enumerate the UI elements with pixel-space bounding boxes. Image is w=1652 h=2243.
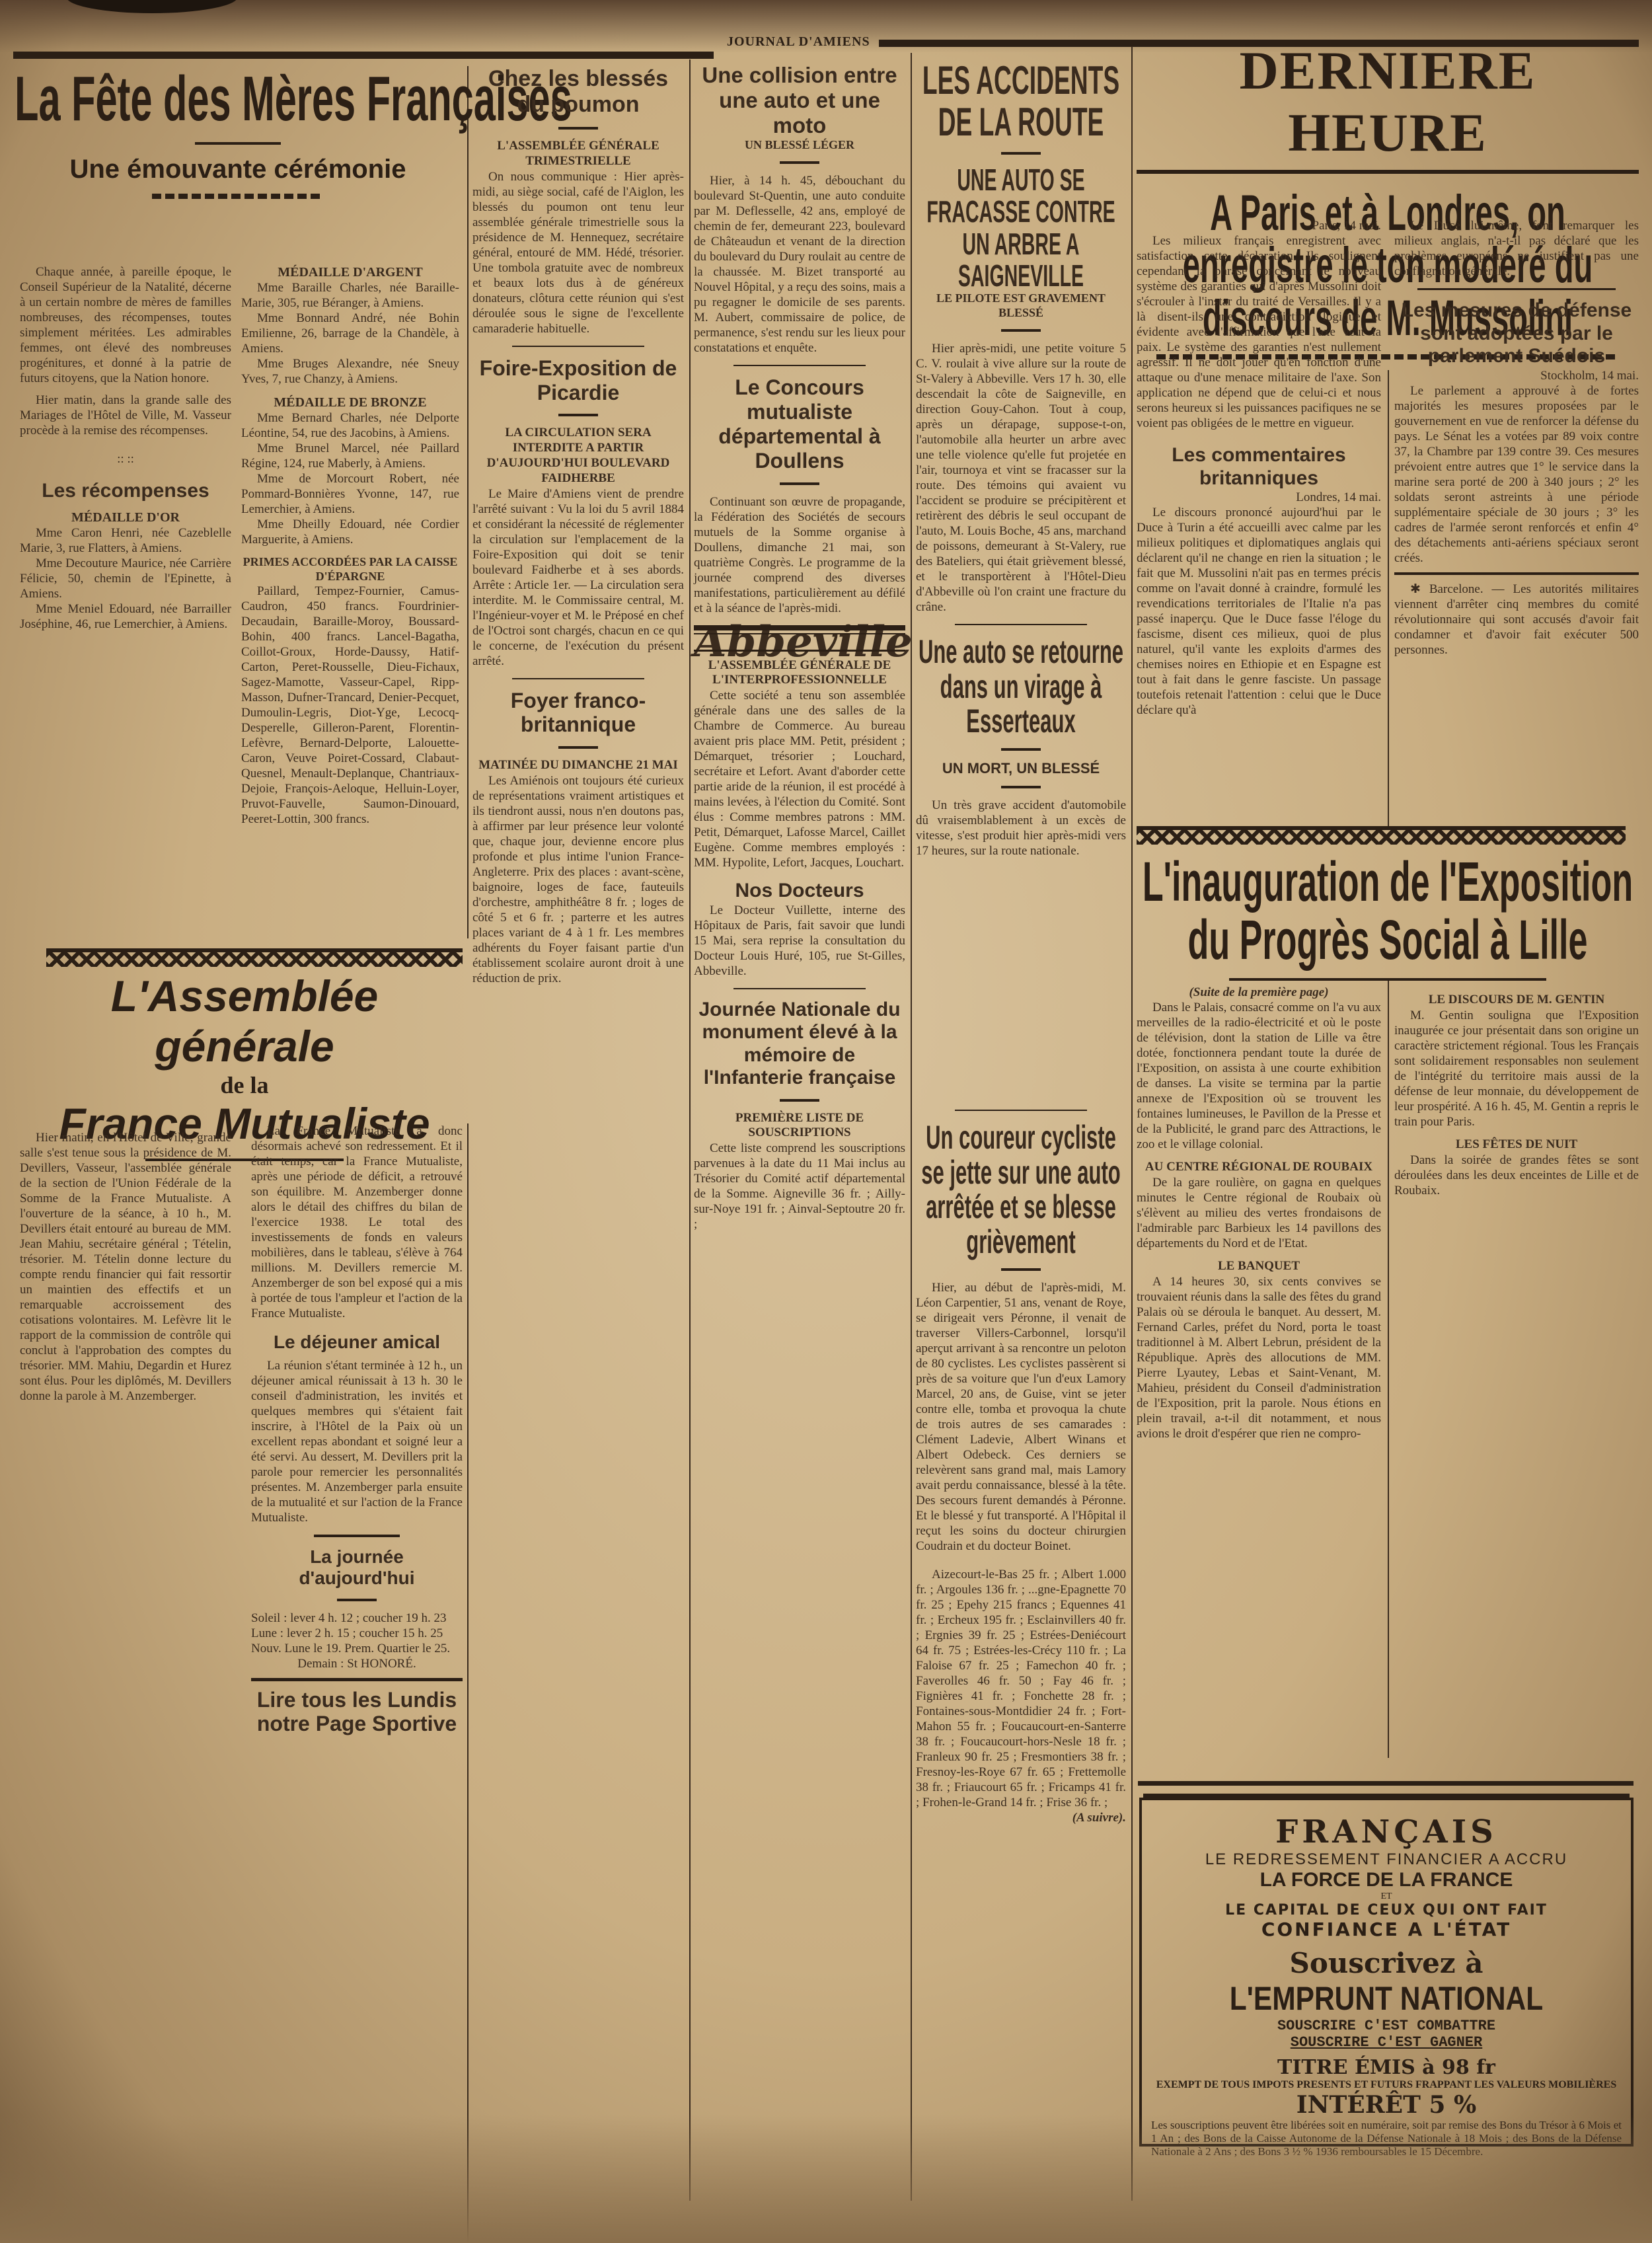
article-text: Dans le Palais, consacré comme on l'a vu… xyxy=(1137,1000,1381,1152)
article-text: Cette société a tenu son assemblée génér… xyxy=(694,688,905,870)
article-text: Le Maire d'Amiens vient de prendre l'arr… xyxy=(472,486,684,669)
ad-text: CONFIANCE A L'ÉTAT xyxy=(1142,1919,1631,1940)
divider xyxy=(694,650,905,652)
article-text: Le discours prononcé aujourd'hui par le … xyxy=(1137,505,1381,718)
advert-emprunt-national: FRANÇAIS LE REDRESSEMENT FINANCIER A ACC… xyxy=(1139,1798,1633,2147)
dateline: Paris, 14 mai. xyxy=(1137,218,1381,233)
subheadline: AU CENTRE RÉGIONAL DE ROUBAIX xyxy=(1137,1160,1381,1175)
section-title: Les récompenses xyxy=(20,480,231,503)
article-text: Hier matin, en l'Hôtel de Ville, grande … xyxy=(20,1130,231,1404)
almanac-title: La journée d'aujourd'hui xyxy=(251,1546,463,1589)
top-rule-left xyxy=(13,52,714,59)
headline: Chez les blessés du poumon xyxy=(472,66,684,118)
separator xyxy=(512,346,644,347)
newspaper-page: JOURNAL D'AMIENS La Fête des Mères Franç… xyxy=(0,0,1652,2243)
divider xyxy=(1138,1781,1633,1786)
ad-text: LE REDRESSEMENT FINANCIER A ACCRU xyxy=(1142,1850,1631,1869)
derniere-column-1: Paris, 14 mai. Les milieux français enre… xyxy=(1137,218,1381,718)
section-masthead-abbeville: Abbeville xyxy=(694,634,905,650)
meres-column-2: MÉDAILLE D'ARGENT Mme Baraille Charles, … xyxy=(241,264,459,827)
article-text: A 14 heures 30, six cents convives se tr… xyxy=(1137,1274,1381,1441)
subheadline: Une émouvante cérémonie xyxy=(13,154,463,184)
column-rule xyxy=(911,53,912,2201)
separator xyxy=(733,365,866,366)
separator xyxy=(955,1110,1087,1111)
column-rule xyxy=(1388,370,1389,826)
column-rule xyxy=(467,1123,469,2243)
list-item: Mme Bruges Alexandre, née Sneuy Yves, 7,… xyxy=(241,356,459,387)
separator xyxy=(955,624,1087,625)
list-item: Mme Bonnard André, née Bohin Emilienne, … xyxy=(241,311,459,356)
list-item: Mme Decouture Maurice, née Carrière Féli… xyxy=(20,556,231,601)
article-text: Le Docteur Vuillette, interne des Hôpita… xyxy=(694,903,905,979)
headline: Journée Nationale du monument élevé à la… xyxy=(694,999,905,1090)
ad-text: LA FORCE DE LA FRANCE xyxy=(1142,1869,1631,1891)
separator xyxy=(558,127,598,130)
column-rule xyxy=(1131,46,1133,2201)
article-text: Hier matin, dans la grande salle des Mar… xyxy=(20,393,231,438)
separator xyxy=(780,482,819,485)
article-text: La réunion s'étant terminée à 12 h., un … xyxy=(251,1358,463,1525)
divider xyxy=(251,1678,463,1681)
column-4: Une collision entre une auto et une moto… xyxy=(694,63,905,1232)
moon-phase: Nouv. Lune le 19. Prem. Quartier le 25. xyxy=(251,1641,463,1656)
divider xyxy=(694,633,905,634)
sun-times: Soleil : lever 4 h. 12 ; coucher 19 h. 2… xyxy=(251,1611,463,1626)
subheadline: LES FÊTES DE NUIT xyxy=(1394,1137,1639,1153)
separator xyxy=(1001,329,1041,332)
headline: LES ACCIDENTS DE LA ROUTE xyxy=(917,59,1125,143)
article-text: Un très grave accident d'automobile dû v… xyxy=(916,798,1126,858)
subheadline: LE DISCOURS DE M. GENTIN xyxy=(1394,993,1639,1008)
lille-column-2: LE DISCOURS DE M. GENTIN M. Gentin souli… xyxy=(1394,985,1639,1198)
lille-column-1: (Suite de la première page) Dans le Pala… xyxy=(1137,985,1381,1441)
article-text: Le Duce lui-même, font remarquer les mil… xyxy=(1394,218,1639,279)
sports-promo: Lire tous les Lundis notre Page Sportive xyxy=(251,1688,463,1737)
divider xyxy=(1137,170,1639,174)
article-lille: L'inauguration de l'Exposition du Progrè… xyxy=(1137,853,1639,990)
separator xyxy=(1417,288,1616,290)
article-text: Hier, à 14 h. 45, débouchant du boulevar… xyxy=(694,173,905,356)
ad-call-to-action: Souscrivez à xyxy=(1142,1947,1631,1979)
column-rule xyxy=(1388,978,1389,1758)
zigzag-border xyxy=(46,948,463,967)
separator xyxy=(152,194,324,199)
ad-slogan: SOUSCRIRE C'EST COMBATTRE xyxy=(1142,2018,1631,2034)
section-title: Le déjeuner amical xyxy=(251,1332,463,1353)
headline: L'Assemblée générale xyxy=(26,971,463,1072)
kicker: LE PILOTE EST GRAVEMENT BLESSÉ xyxy=(916,291,1126,320)
separator xyxy=(780,1099,819,1102)
article-text: Les Amiénois ont toujours été curieux de… xyxy=(472,773,684,986)
separator xyxy=(733,988,866,989)
separator xyxy=(1001,748,1041,751)
article-text: De la gare roulière, on gagna en quelque… xyxy=(1137,1175,1381,1251)
article-text: Les milieux français enregistrent avec s… xyxy=(1137,233,1381,431)
ornament: :: :: xyxy=(20,451,231,467)
ad-price: TITRE ÉMIS à 98 fr xyxy=(1142,2056,1631,2079)
medal-label: PRIMES ACCORDÉES PAR LA CAISSE D'ÉPARGNE xyxy=(241,555,459,584)
subheadline: LA CIRCULATION SERA INTERDITE A PARTIR D… xyxy=(472,426,684,486)
saint-of-day: Demain : St HONORÉ. xyxy=(251,1656,463,1671)
headline: Une collision entre une auto et une moto xyxy=(694,63,905,138)
separator xyxy=(780,161,819,164)
subheadline: MATINÉE DU DIMANCHE 21 MAI xyxy=(472,758,684,773)
running-head: JOURNAL D'AMIENS xyxy=(727,34,870,50)
article-text: Dans la soirée de grandes fêtes se sont … xyxy=(1394,1153,1639,1198)
mutualiste-column-2: La France Mutualiste a donc désormais ac… xyxy=(251,1123,463,1736)
ad-text: LE CAPITAL DE CEUX QUI ONT FAIT xyxy=(1142,1902,1631,1919)
separator xyxy=(512,678,644,679)
medal-label: MÉDAILLE D'ARGENT xyxy=(241,264,459,280)
subheadline: UN BLESSÉ LÉGER xyxy=(694,138,905,153)
divider xyxy=(694,625,905,630)
article-text: ✱ Barcelone. — Les autorités militaires … xyxy=(1394,582,1639,658)
list-item: Mme Caron Henri, née Cazeblelle Marie, 3… xyxy=(20,525,231,556)
dateline: Stockholm, 14 mai. xyxy=(1394,368,1639,383)
headline: La Fête des Mères Françaises xyxy=(15,66,461,133)
divider xyxy=(1394,572,1639,575)
article-text: Cette liste comprend les souscriptions p… xyxy=(694,1141,905,1232)
list-item: Mme de Morcourt Robert, née Pommard-Bonn… xyxy=(241,471,459,517)
separator xyxy=(558,746,598,749)
separator xyxy=(314,1535,400,1537)
zigzag-border xyxy=(1137,826,1626,845)
headline: Les commentaires britanniques xyxy=(1137,444,1381,490)
list-item: Mme Bernard Charles, née Delporte Léonti… xyxy=(241,410,459,441)
article-text: On nous communique : Hier après-midi, au… xyxy=(472,169,684,336)
dateline: Londres, 14 mai. xyxy=(1137,490,1381,505)
headline: Un coureur cycliste se jette sur une aut… xyxy=(917,1120,1125,1259)
subheadline: L'ASSEMBLÉE GÉNÉRALE DE L'INTERPROFESSIO… xyxy=(694,658,905,689)
list-item: Mme Brunel Marcel, née Paillard Régine, … xyxy=(241,441,459,471)
headline: Le Concours mutualiste départemental à D… xyxy=(694,375,905,473)
article-text: Chaque année, à pareille époque, le Cons… xyxy=(20,264,231,386)
ad-text: EXEMPT DE TOUS IMPOTS PRESENTS ET FUTURS… xyxy=(1142,2079,1631,2091)
subheadline: L'ASSEMBLÉE GÉNÉRALE TRIMESTRIELLE xyxy=(472,139,684,169)
moon-times: Lune : lever 2 h. 15 ; coucher 15 h. 25 xyxy=(251,1626,463,1641)
medal-label: MÉDAILLE D'OR xyxy=(20,510,231,525)
article-fete-meres: La Fête des Mères Françaises Une émouvan… xyxy=(13,66,463,208)
separator xyxy=(337,1599,377,1601)
ad-headline: FRANÇAIS xyxy=(1142,1813,1631,1850)
separator xyxy=(558,414,598,416)
headline: Foire-Exposition de Picardie xyxy=(472,356,684,405)
meres-column-1: Chaque année, à pareille époque, le Cons… xyxy=(20,264,231,632)
list-item: Mme Dheilly Edouard, née Cordier Marguer… xyxy=(241,517,459,547)
separator xyxy=(195,142,281,145)
separator xyxy=(1229,978,1546,981)
subheadline: UN MORT, UN BLESSÉ xyxy=(916,760,1126,777)
bottom-shadow xyxy=(0,2115,1652,2243)
headline: Une auto se retourne dans un virage à Es… xyxy=(917,634,1125,739)
subheadline: UNE AUTO SE FRACASSE CONTRE UN ARBRE A S… xyxy=(917,164,1125,291)
column-rule xyxy=(689,59,691,2201)
derniere-column-2: Le Duce lui-même, font remarquer les mil… xyxy=(1394,218,1639,658)
subheadline: PREMIÈRE LISTE DE SOUSCRIPTIONS xyxy=(694,1111,905,1141)
medal-label: MÉDAILLE DE BRONZE xyxy=(241,395,459,410)
late-news-banner: DERNIERE HEURE xyxy=(1137,40,1639,165)
ad-slogan: SOUSCRIRE C'EST GAGNER xyxy=(1142,2034,1631,2051)
article-text: Continuant son œuvre de propagande, la F… xyxy=(694,494,905,616)
ad-product: L'EMPRUNT NATIONAL xyxy=(1179,1979,1595,2018)
list-item: Mme Baraille Charles, née Baraille-Marie… xyxy=(241,280,459,311)
subscription-list: Aizecourt-le-Bas 25 fr. ; Albert 1.000 f… xyxy=(916,1567,1126,1810)
column-rule xyxy=(467,66,469,938)
column-3: Chez les blessés du poumon L'ASSEMBLÉE G… xyxy=(472,66,684,986)
article-text: M. Gentin souligna que l'Exposition inau… xyxy=(1394,1008,1639,1129)
list-item: Mme Meniel Edouard, née Barrailler Josép… xyxy=(20,601,231,632)
headline: de la xyxy=(26,1072,463,1099)
subheadline: LE BANQUET xyxy=(1137,1259,1381,1274)
article-text: Hier, au début de l'après-midi, M. Léon … xyxy=(916,1280,1126,1554)
separator xyxy=(1001,1268,1041,1271)
article-text: Hier après-midi, une petite voiture 5 C.… xyxy=(916,341,1126,615)
to-be-continued: (A suivre). xyxy=(916,1810,1126,1825)
mutualiste-column-1: Hier matin, en l'Hôtel de Ville, grande … xyxy=(20,1130,231,1404)
column-5: LES ACCIDENTS DE LA ROUTE UNE AUTO SE FR… xyxy=(916,59,1126,1825)
headline: Foyer franco-britannique xyxy=(472,689,684,738)
headline: Les mesures de défense sont adoptées par… xyxy=(1394,299,1639,368)
continuation-note: (Suite de la première page) xyxy=(1137,985,1381,1000)
list-item: Paillard, Tempez-Fournier, Camus-Caudron… xyxy=(241,584,459,827)
separator xyxy=(1001,152,1041,155)
headline: L'inauguration de l'Exposition du Progrè… xyxy=(1138,853,1637,969)
ad-text: ET xyxy=(1142,1891,1631,1902)
separator xyxy=(1001,786,1041,788)
headline: Nos Docteurs xyxy=(694,880,905,903)
article-text: La France Mutualiste a donc désormais ac… xyxy=(251,1123,463,1321)
article-text: Le parlement a approuvé à de fortes majo… xyxy=(1394,383,1639,566)
